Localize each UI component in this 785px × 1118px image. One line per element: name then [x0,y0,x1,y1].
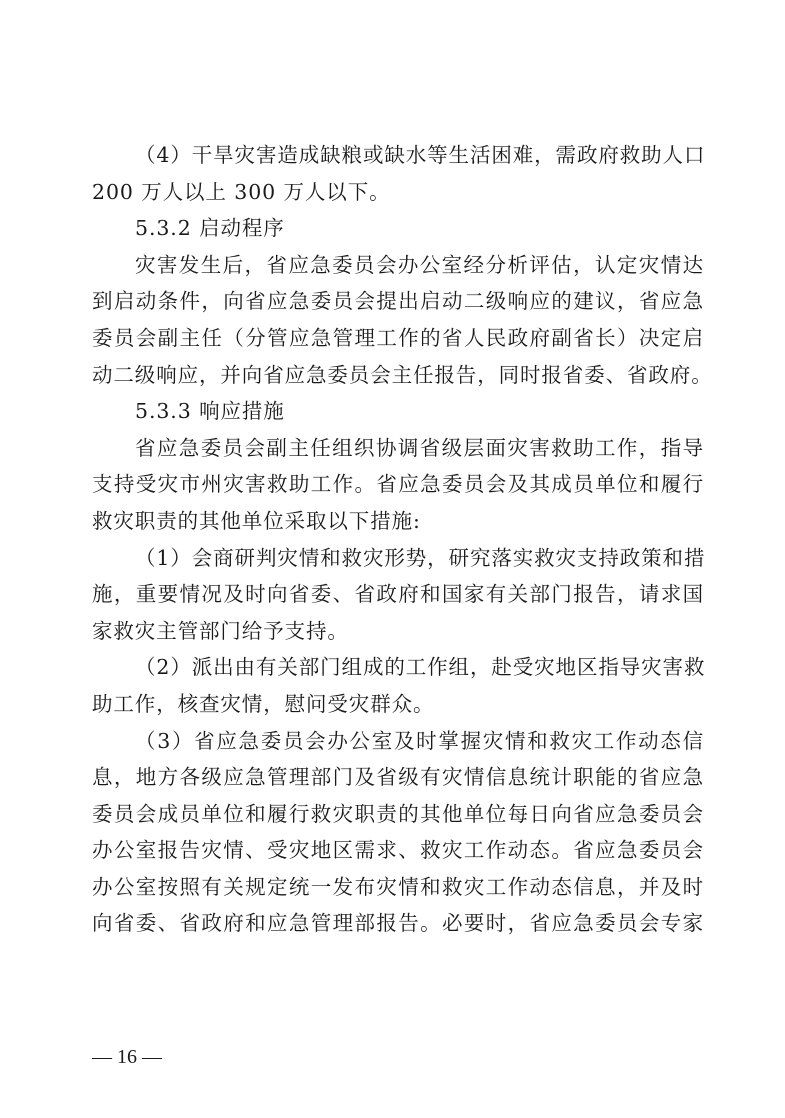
text-line: 施，重要情况及时向省委、省政府和国家有关部门报告，请求国 [92,576,704,613]
paragraph-drought-item-4: （4）干旱灾害造成缺粮或缺水等生活困难，需政府救助人口 200 万人以上 300… [92,137,704,210]
text-line: 向省委、省政府和应急管理部报告。必要时，省应急委员会专家 [92,905,704,942]
heading-text: 5.3.2 启动程序 [92,210,704,247]
page-number: — 16 — [92,1046,162,1069]
paragraph-measure-1: （1）会商研判灾情和救灾形势，研究落实救灾支持政策和措 施，重要情况及时向省委、… [92,540,704,650]
text-line: 到启动条件，向省应急委员会提出启动二级响应的建议，省应急 [92,283,704,320]
text-line: 助工作，核查灾情，慰问受灾群众。 [92,686,704,723]
section-heading-5-3-2: 5.3.2 启动程序 [92,210,704,247]
text-line: 办公室按照有关规定统一发布灾情和救灾工作动态信息，并及时 [92,869,704,906]
text-line: （2）派出由有关部门组成的工作组，赴受灾地区指导灾害救 [92,649,704,686]
text-line: （1）会商研判灾情和救灾形势，研究落实救灾支持政策和措 [92,540,704,577]
paragraph-measure-3: （3）省应急委员会办公室及时掌握灾情和救灾工作动态信 息，地方各级应急管理部门及… [92,723,704,943]
text-line: 救灾职责的其他单位采取以下措施: [92,503,704,540]
document-page: （4）干旱灾害造成缺粮或缺水等生活困难，需政府救助人口 200 万人以上 300… [0,0,785,1118]
section-heading-5-3-3: 5.3.3 响应措施 [92,393,704,430]
paragraph-startup-procedure: 灾害发生后，省应急委员会办公室经分析评估，认定灾情达 到启动条件，向省应急委员会… [92,247,704,393]
heading-text: 5.3.3 响应措施 [92,393,704,430]
text-line: 办公室报告灾情、受灾地区需求、救灾工作动态。省应急委员会 [92,832,704,869]
text-line: 支持受灾市州灾害救助工作。省应急委员会及其成员单位和履行 [92,466,704,503]
text-line: （3）省应急委员会办公室及时掌握灾情和救灾工作动态信 [92,723,704,760]
paragraph-response-intro: 省应急委员会副主任组织协调省级层面灾害救助工作，指导 支持受灾市州灾害救助工作。… [92,430,704,540]
text-line: 家救灾主管部门给予支持。 [92,613,704,650]
text-line: 200 万人以上 300 万人以下。 [92,174,704,211]
text-line: 委员会副主任（分管应急管理工作的省人民政府副省长）决定启 [92,320,704,357]
text-line: （4）干旱灾害造成缺粮或缺水等生活困难，需政府救助人口 [92,137,704,174]
paragraph-measure-2: （2）派出由有关部门组成的工作组，赴受灾地区指导灾害救 助工作，核查灾情，慰问受… [92,649,704,722]
text-line: 委员会成员单位和履行救灾职责的其他单位每日向省应急委员会 [92,796,704,833]
text-line: 省应急委员会副主任组织协调省级层面灾害救助工作，指导 [92,430,704,467]
page-body: （4）干旱灾害造成缺粮或缺水等生活困难，需政府救助人口 200 万人以上 300… [92,137,704,942]
text-line: 息，地方各级应急管理部门及省级有灾情信息统计职能的省应急 [92,759,704,796]
text-line: 动二级响应，并向省应急委员会主任报告，同时报省委、省政府。 [92,357,704,394]
text-line: 灾害发生后，省应急委员会办公室经分析评估，认定灾情达 [92,247,704,284]
